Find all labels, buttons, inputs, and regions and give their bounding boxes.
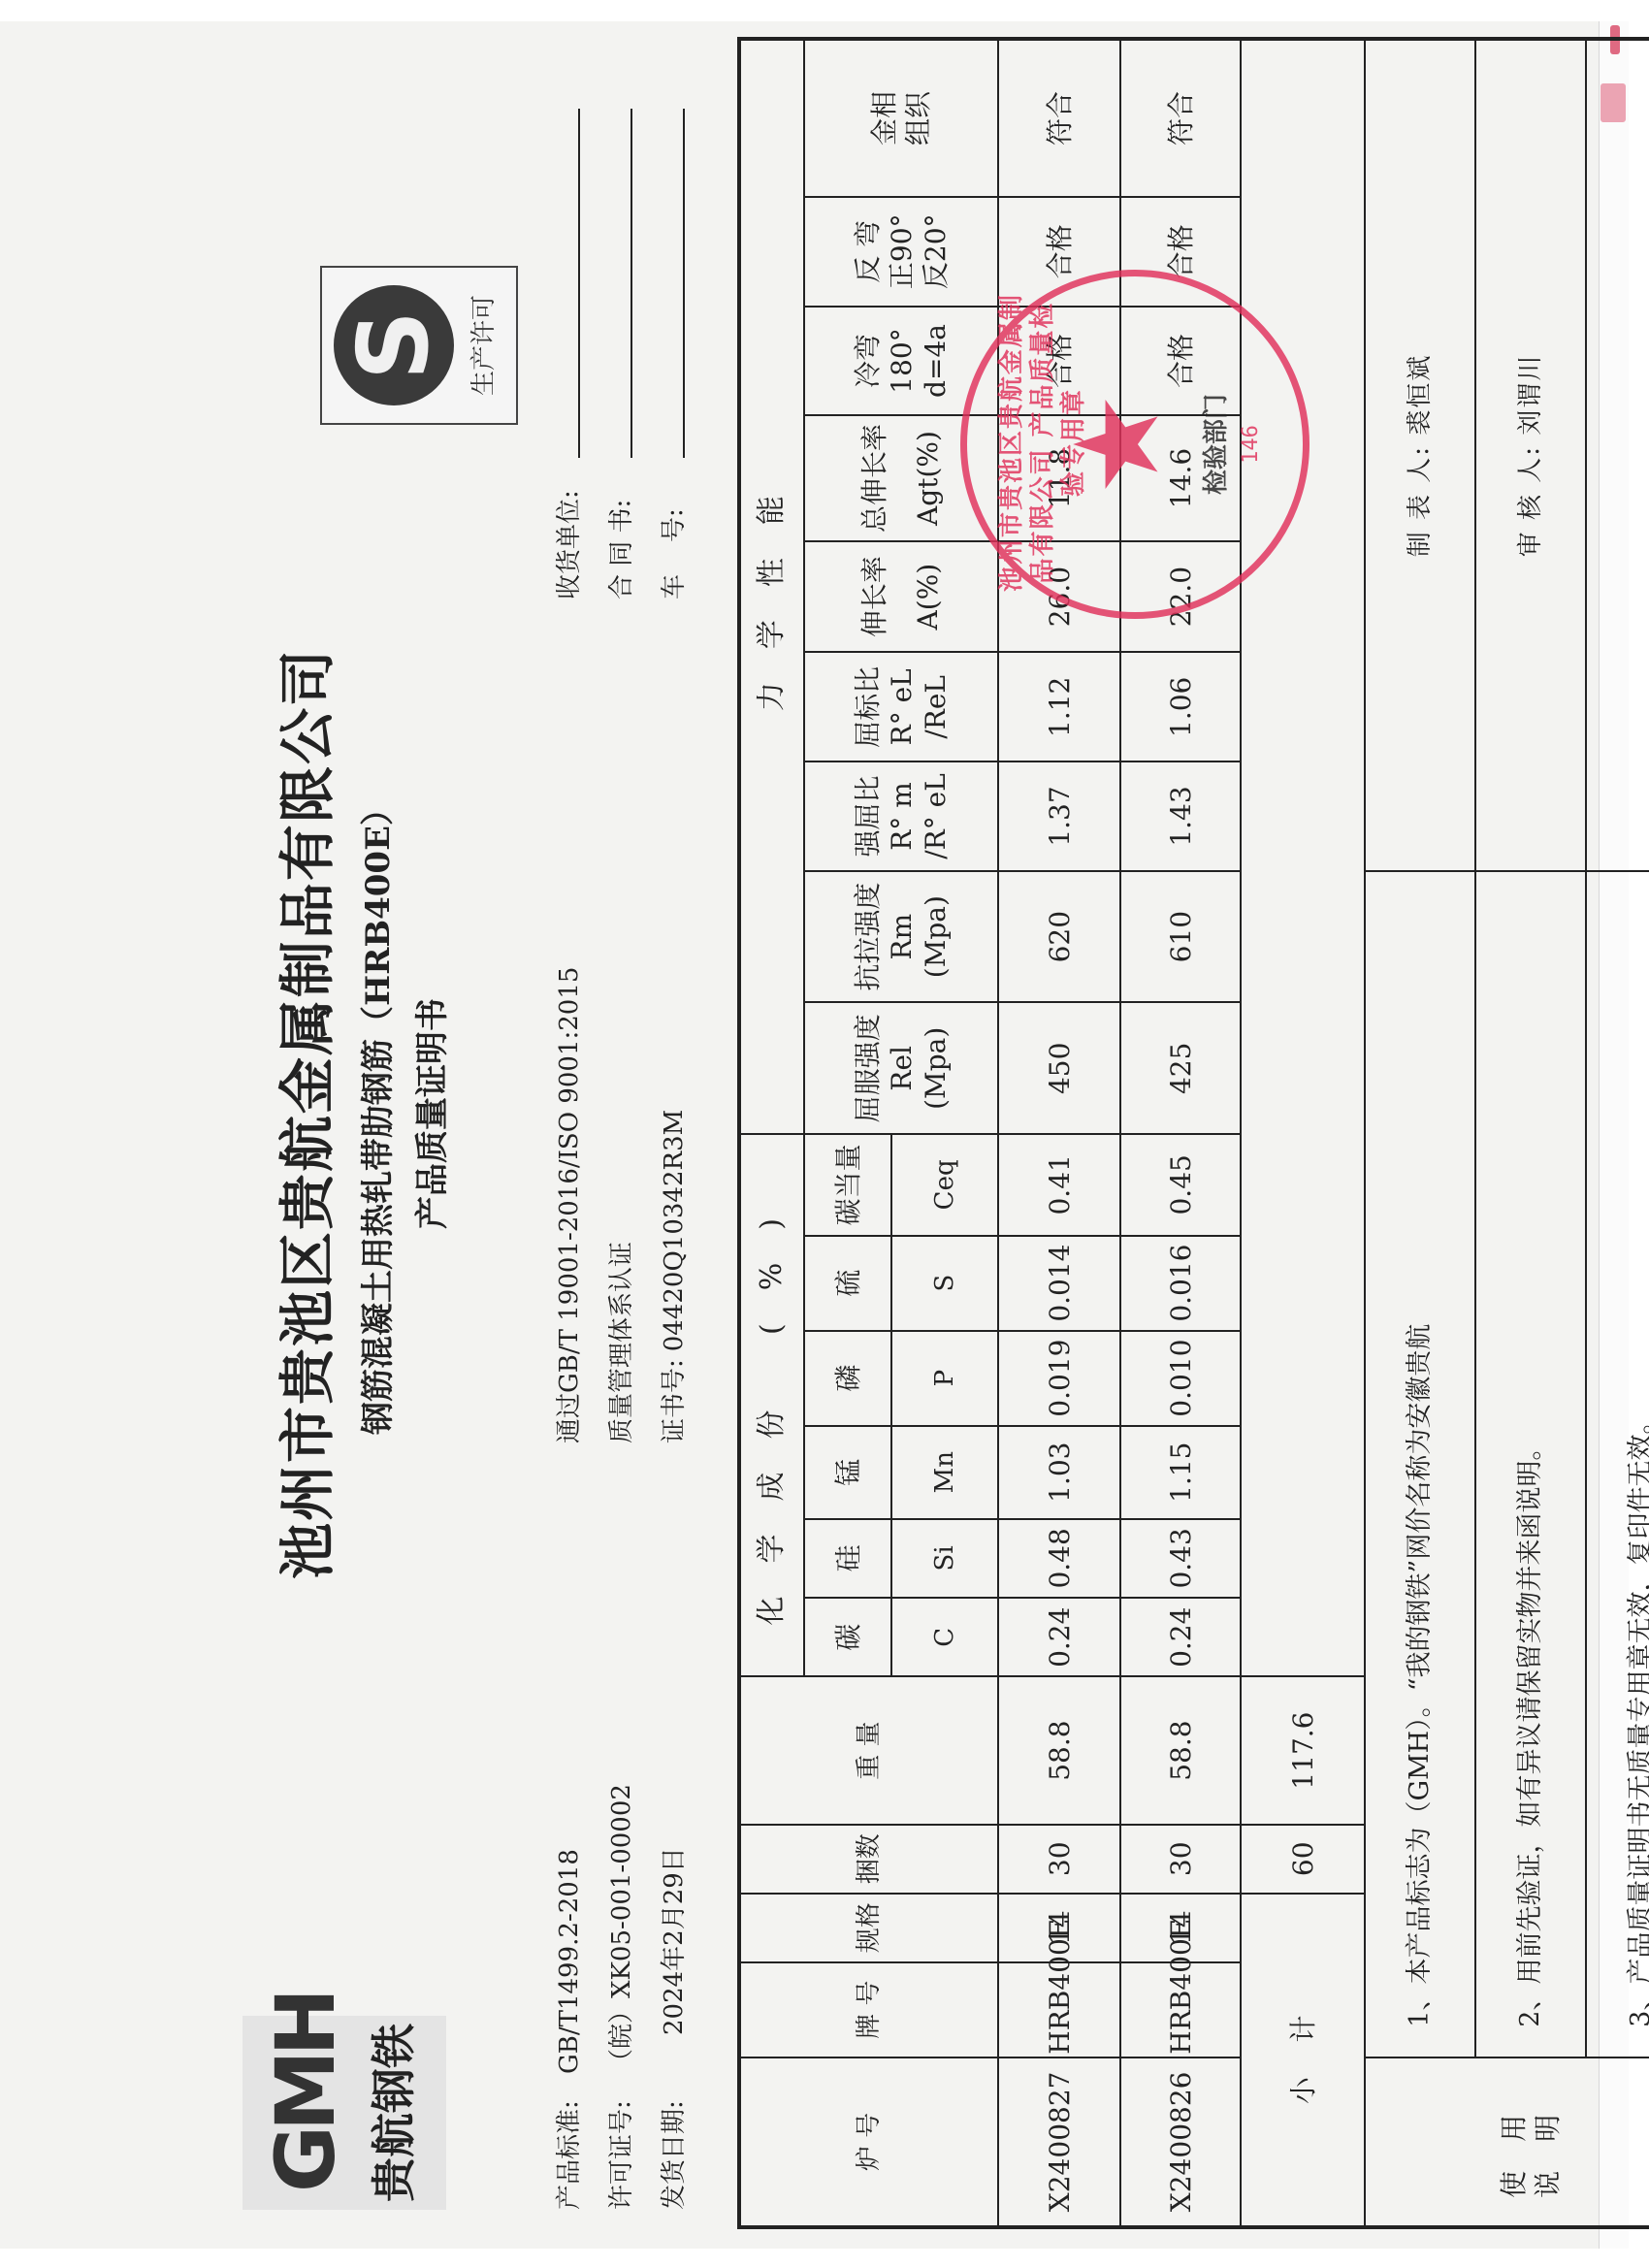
- subtotal-bundles: 60: [1241, 1825, 1365, 1894]
- stamp-department: 检验部门: [1196, 276, 1232, 612]
- meta-label: 发货日期:: [648, 2074, 700, 2210]
- cell-ceq: 0.45: [1120, 1134, 1241, 1235]
- col-ratio-rel-ReL: 屈标比 R° eL /ReL: [804, 652, 998, 761]
- col-si-cn: 硅: [804, 1519, 891, 1598]
- col-l1: 冷弯: [851, 309, 885, 413]
- vehicle-field[interactable]: [648, 109, 685, 458]
- document-title: 产品质量证明书: [405, 580, 453, 1647]
- col-spec: 规格: [739, 1894, 998, 1962]
- cell-mn: 1.03: [998, 1426, 1120, 1519]
- cell-weight: 58.8: [1120, 1676, 1241, 1824]
- cell-heat-no: X2400826: [1120, 2057, 1241, 2227]
- cell-p: 0.019: [998, 1331, 1120, 1426]
- col-l2: R° m: [885, 764, 919, 868]
- maker-label: 制 表 人:: [1406, 445, 1435, 557]
- cell-c: 0.24: [998, 1598, 1120, 1676]
- maker-name: 裘恒斌: [1406, 354, 1435, 436]
- col-rel: 屈服强度 Rel (Mpa): [804, 1002, 998, 1134]
- meta-label: 合 同 书:: [596, 464, 648, 599]
- col-l2: R° eL: [885, 655, 919, 759]
- recipient-unit-field[interactable]: [543, 109, 580, 458]
- col-p-cn: 磷: [804, 1331, 891, 1426]
- vehicle-number: 车 号:: [648, 56, 700, 599]
- cell-s: 0.016: [1120, 1236, 1241, 1331]
- recipient-unit: 收货单位:: [543, 56, 596, 599]
- usage-note-row: 使用说明 1、本产品标志为（GMH）。“我的钢铁”网价名称为安徽贵航 制 表 人…: [1365, 39, 1475, 2227]
- col-l3: /R° eL: [919, 764, 953, 868]
- col-rel-l2: Rel: [885, 1005, 919, 1131]
- cell-weight: 58.8: [998, 1676, 1120, 1824]
- usage-note-3: 3、产品质量证明书无质量专用章无效，复印件无效。: [1586, 871, 1649, 2057]
- col-mn-sym: Mn: [891, 1426, 998, 1519]
- usage-note-1: 1、本产品标志为（GMH）。“我的钢铁”网价名称为安徽贵航: [1365, 871, 1475, 2057]
- col-ratio-rm-rel: 强屈比 R° m /R° eL: [804, 761, 998, 871]
- col-l3: 反20°: [919, 200, 953, 304]
- reviewer-name: 刘谓川: [1516, 354, 1545, 436]
- meta-label: 收货单位:: [543, 464, 596, 599]
- chemical-composition-header: 化学成份 (%): [739, 1134, 804, 1676]
- star-icon: ★: [1060, 276, 1177, 612]
- logo-chinese-name: 贵航钢铁: [359, 2016, 423, 2210]
- col-p-sym: P: [891, 1331, 998, 1426]
- meta-value: 2024年2月29日: [648, 1847, 700, 2074]
- col-l2: Agt(%): [911, 418, 945, 537]
- meta-value: （皖）XK05-001-00002: [596, 1784, 648, 2074]
- usage-note-row: 3、产品质量证明书无质量专用章无效，复印件无效。: [1586, 39, 1649, 2227]
- subtotal-label: 小 计: [1241, 1894, 1365, 2227]
- meta-label: 车 号:: [648, 464, 700, 599]
- production-license-badge: S 生产许可: [320, 266, 518, 425]
- meta-left: 产品标准: GB/T1499.2-2018 许可证号: （皖）XK05-001-…: [543, 1628, 700, 2210]
- reviewer-signature: 审 核 人: 刘谓川: [1475, 39, 1586, 871]
- contract-field[interactable]: [596, 109, 632, 458]
- qs-logo-icon: S: [334, 285, 454, 405]
- reviewer-label: 审 核 人:: [1516, 445, 1545, 557]
- subtotal-weight: 117.6: [1241, 1676, 1365, 1824]
- ship-date: 发货日期: 2024年2月29日: [648, 1628, 700, 2210]
- cell-ratio-rm-rel: 1.37: [998, 761, 1120, 871]
- col-bundles: 捆数: [739, 1825, 998, 1894]
- cell-ratio-rel-ReL: 1.06: [1120, 652, 1241, 761]
- col-metallography: 金相 组织: [804, 39, 998, 197]
- col-l1: 强屈比: [851, 764, 885, 868]
- meta-certification: 通过GB/T 19001-2016/ISO 9001:2015 质量管理体系认证…: [543, 764, 700, 1443]
- cell-ceq: 0.41: [998, 1134, 1120, 1235]
- col-c-cn: 碳: [804, 1598, 891, 1676]
- meta-value: 04420Q10342R3M: [648, 1110, 700, 1359]
- usage-label: 使用说明: [1365, 2057, 1649, 2227]
- usage-note-2: 2、用前先验证，如有异议请保留实物并来函说明。: [1475, 871, 1586, 2057]
- qs-badge-text: 生产许可: [464, 268, 500, 423]
- col-s-cn: 硫: [804, 1236, 891, 1331]
- meta-label: 许可证号:: [596, 2074, 648, 2210]
- meta-label: 通过GB/T 19001-2016/ISO 9001:2015: [543, 967, 596, 1443]
- col-l2: 180°: [885, 309, 919, 413]
- col-rm-l2: Rm: [885, 874, 919, 1000]
- cell-metallography: 符合: [998, 39, 1120, 197]
- col-l1: 金相: [867, 43, 901, 194]
- company-logo: GMH 贵航钢铁: [242, 2016, 446, 2210]
- cell-metallography: 符合: [1120, 39, 1241, 197]
- contract-number: 合 同 书:: [596, 56, 648, 599]
- cell-rel: 425: [1120, 1002, 1241, 1134]
- product-title: 钢筋混凝土用热轧带肋钢筋（HRB400E）: [351, 580, 399, 1647]
- meta-recipient: 收货单位: 合 同 书: 车 号:: [543, 56, 700, 599]
- cell-bundles: 30: [998, 1825, 1120, 1894]
- col-l1: 伸长率: [857, 544, 891, 650]
- usage-note-row: 2、用前先验证，如有异议请保留实物并来函说明。 审 核 人: 刘谓川: [1475, 39, 1586, 2227]
- certificate-number: 证书号: 04420Q10342R3M: [648, 764, 700, 1443]
- cell-mn: 1.15: [1120, 1426, 1241, 1519]
- cell-rel: 450: [998, 1002, 1120, 1134]
- col-l3: d=4a: [919, 309, 953, 413]
- col-rebend: 反 弯 正90° 反20°: [804, 197, 998, 307]
- col-weight: 重 量: [739, 1676, 998, 1824]
- col-l2: 正90°: [885, 200, 919, 304]
- col-rel-l3: (Mpa): [919, 1005, 953, 1131]
- mechanical-properties-header: 力学性能: [739, 39, 804, 1134]
- col-mn-cn: 锰: [804, 1426, 891, 1519]
- product-standard: 产品标准: GB/T1499.2-2018: [543, 1628, 596, 2210]
- iso-certification: 通过GB/T 19001-2016/ISO 9001:2015: [543, 764, 596, 1443]
- meta-value: GB/T1499.2-2018: [543, 1849, 596, 2074]
- cell-grade: HRB400E: [1120, 1962, 1241, 2057]
- cell-grade: HRB400E: [998, 1962, 1120, 2057]
- col-rm: 抗拉强度 Rm (Mpa): [804, 871, 998, 1003]
- cell-ratio-rel-ReL: 1.12: [998, 652, 1120, 761]
- col-l1: 反 弯: [851, 200, 885, 304]
- cell-rm: 620: [998, 871, 1120, 1003]
- cell-p: 0.010: [1120, 1331, 1241, 1426]
- col-rm-l3: (Mpa): [919, 874, 953, 1000]
- col-l3: /ReL: [919, 655, 953, 759]
- inspection-stamp: 池州市贵池区贵航金属制品有限公司 产品质量检验专用章 ★ 检验部门 146: [960, 270, 1309, 619]
- license-number: 许可证号: （皖）XK05-001-00002: [596, 1628, 648, 2210]
- blank-signature-cell: [1586, 39, 1649, 871]
- qms-certification: 质量管理体系认证: [596, 764, 648, 1443]
- col-rel-l1: 屈服强度: [851, 1005, 885, 1131]
- col-l1: 屈标比: [851, 655, 885, 759]
- col-elongation-a: 伸长率 A(%): [804, 541, 998, 653]
- col-l2: 组织: [901, 43, 935, 194]
- col-c-sym: C: [891, 1598, 998, 1676]
- col-grade: 牌 号: [739, 1962, 998, 2057]
- col-ceq-sym: Ceq: [891, 1134, 998, 1235]
- cell-c: 0.24: [1120, 1598, 1241, 1676]
- maker-signature: 制 表 人: 裘恒斌: [1365, 39, 1475, 871]
- col-s-sym: S: [891, 1236, 998, 1331]
- col-rm-l1: 抗拉强度: [851, 874, 885, 1000]
- cell-rm: 610: [1120, 871, 1241, 1003]
- col-l2: A(%): [911, 544, 945, 650]
- col-ceq-cn: 碳当量: [804, 1134, 891, 1235]
- company-name: 池州市贵池区贵航金属制品有限公司: [262, 580, 343, 1647]
- cell-si: 0.43: [1120, 1519, 1241, 1598]
- cell-s: 0.014: [998, 1236, 1120, 1331]
- cell-ratio-rm-rel: 1.43: [1120, 761, 1241, 871]
- col-heat-no: 炉 号: [739, 2057, 998, 2227]
- meta-label: 产品标准:: [543, 2074, 596, 2210]
- logo-mark: GMH: [252, 2033, 359, 2192]
- meta-label: 质量管理体系认证: [596, 1242, 648, 1443]
- cell-si: 0.48: [998, 1519, 1120, 1598]
- meta-label: 证书号:: [648, 1359, 700, 1443]
- stamp-code: 146: [1239, 276, 1263, 612]
- table-group-header: 炉 号 牌 号 规格 捆数 重 量 化学成份 (%) 力学性能: [739, 39, 804, 2227]
- cell-heat-no: X2400827: [998, 2057, 1120, 2227]
- quality-certificate: GMH 贵航钢铁 池州市贵池区贵航金属制品有限公司 钢筋混凝土用热轧带肋钢筋（H…: [0, 21, 1610, 2249]
- col-si-sym: Si: [891, 1519, 998, 1598]
- col-l1: 总伸长率: [857, 418, 891, 537]
- cell-bundles: 30: [1120, 1825, 1241, 1894]
